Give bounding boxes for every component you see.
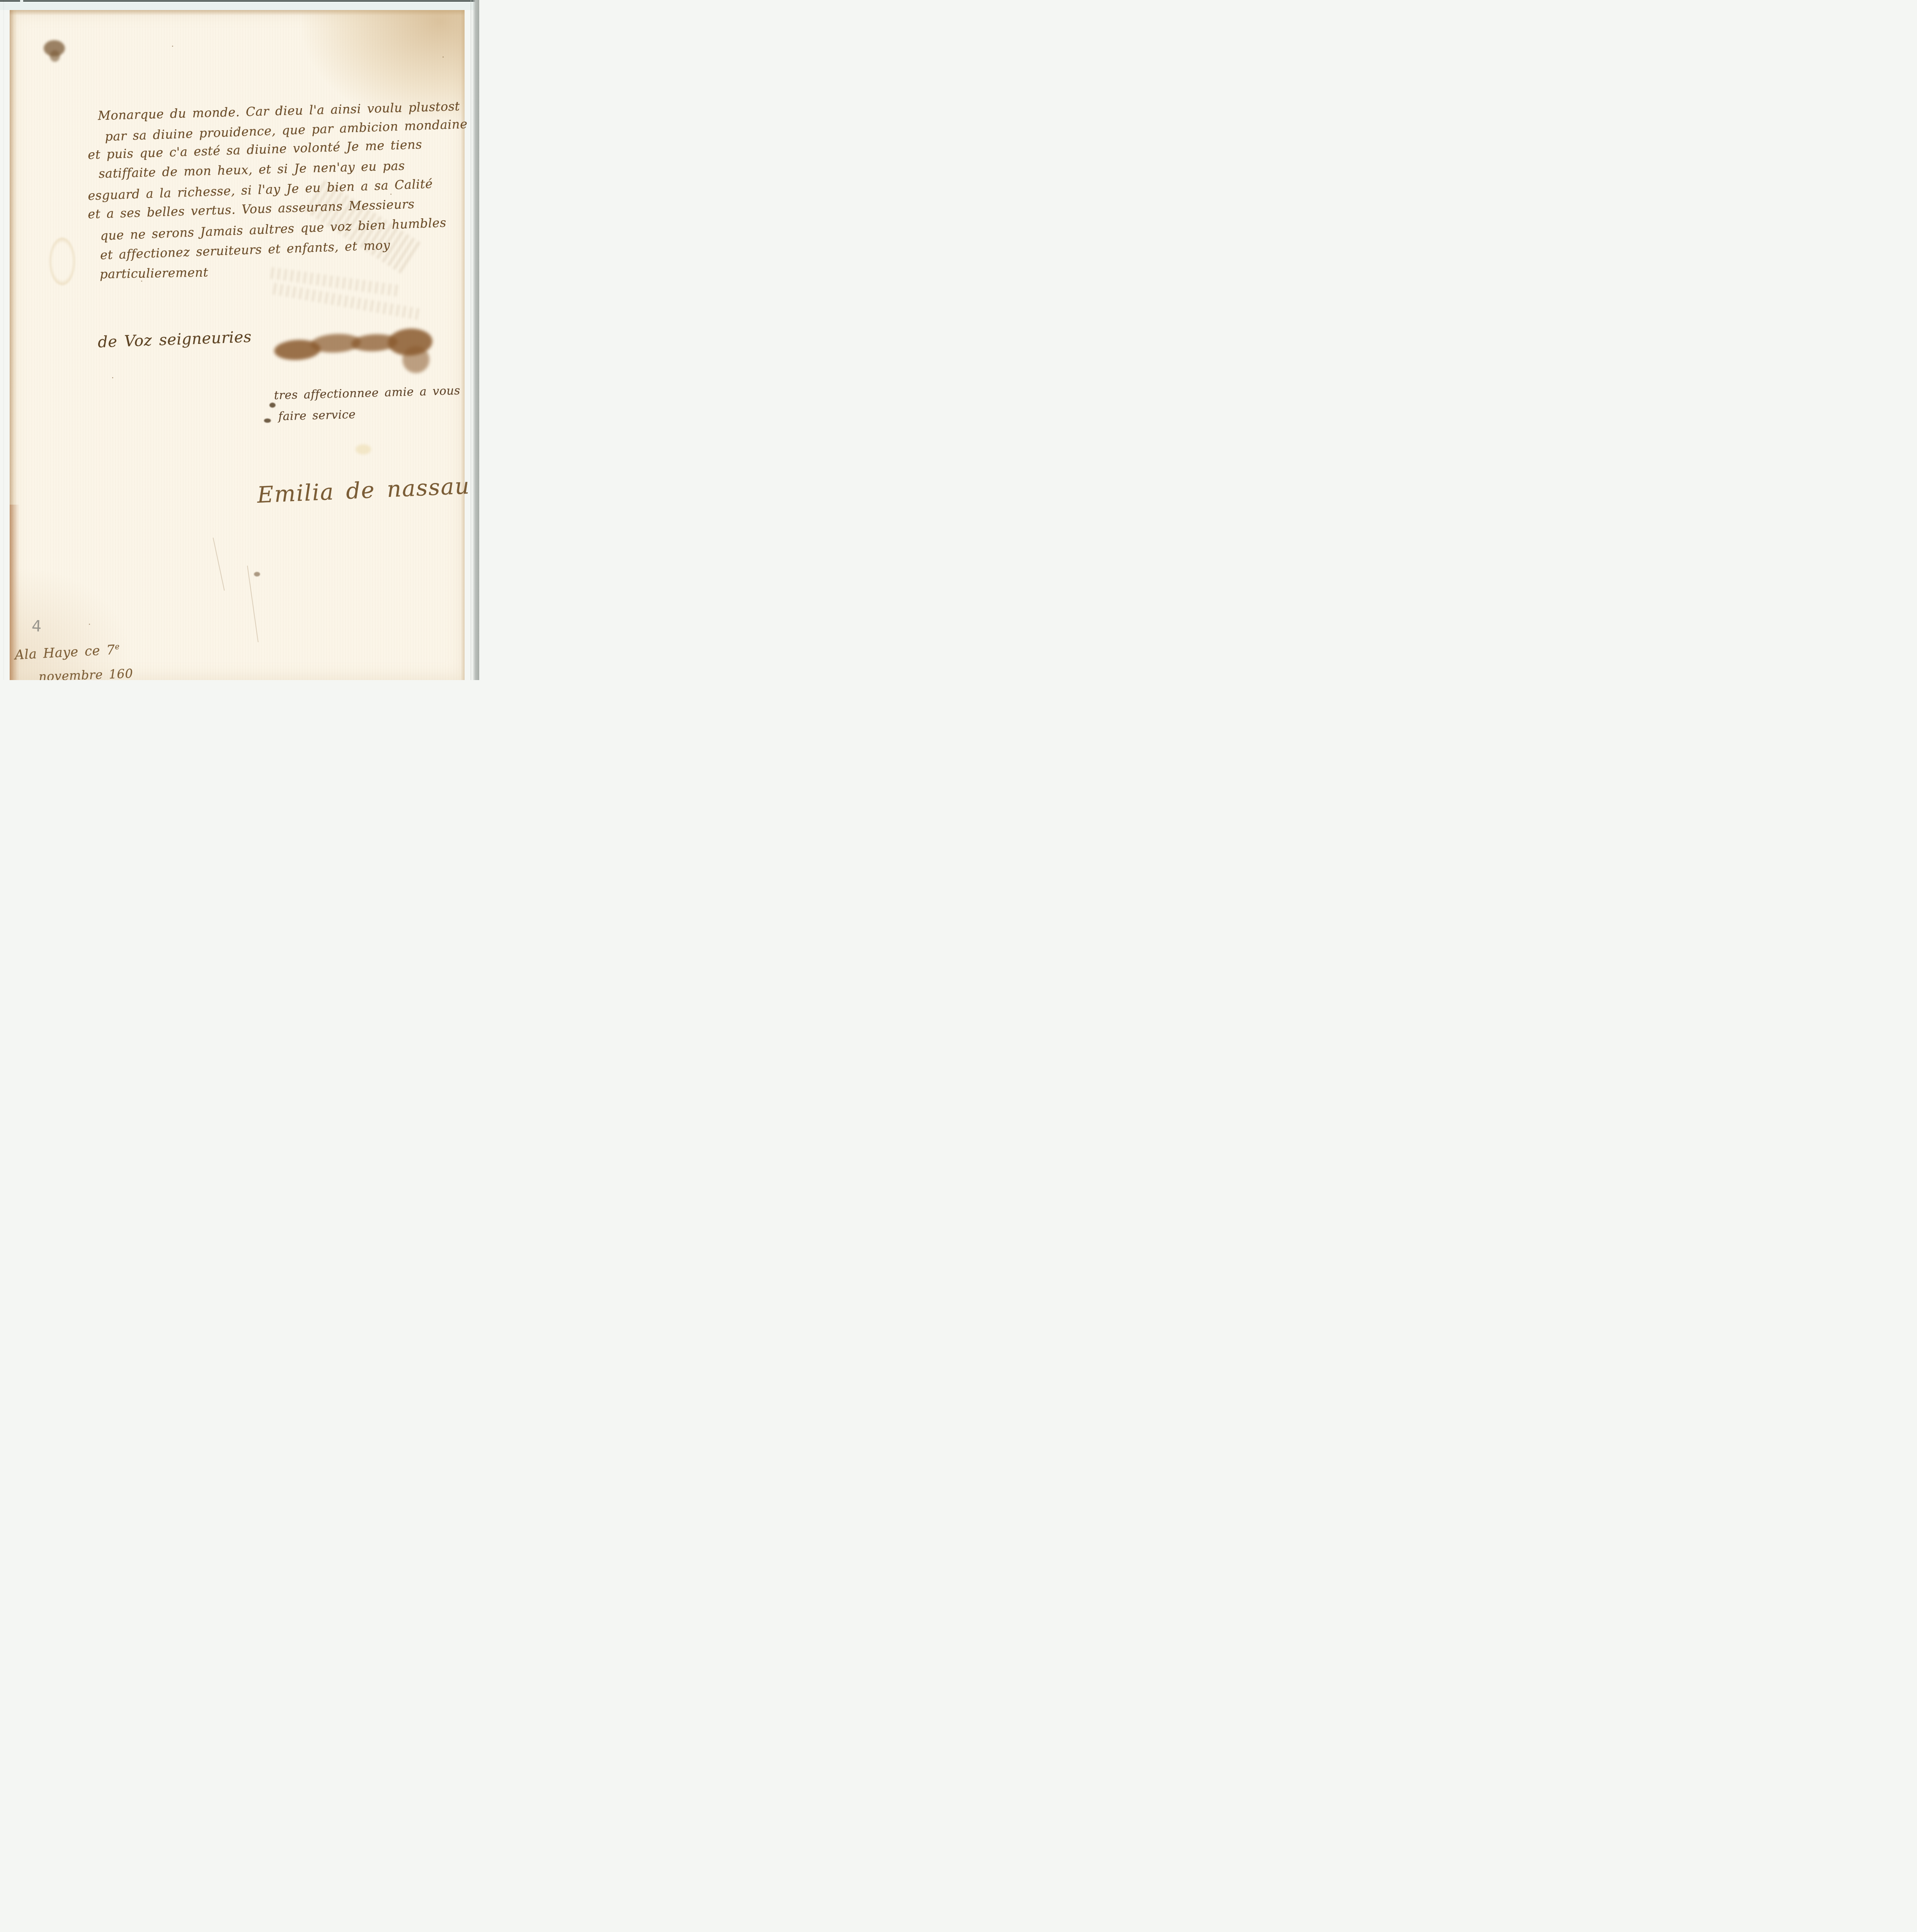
scanner-edge-line — [23, 0, 479, 2]
scanned-letter-page: Monarque du monde. Car dieu l'a ainsi vo… — [0, 0, 479, 680]
letter-line: particulierement — [100, 265, 208, 282]
scanner-right-shadow — [472, 0, 479, 680]
valediction: de Voz seigneuries — [97, 328, 252, 351]
ink-drop — [264, 418, 271, 423]
scanner-right-line — [471, 0, 471, 680]
scanner-left-crease — [3, 0, 4, 680]
letter-line: satiffaite de mon heux, et si Je nen'ay … — [99, 158, 405, 181]
paper-crease — [213, 537, 225, 590]
paper-crease — [247, 566, 259, 642]
closing-line: faire service — [278, 408, 356, 423]
yellow-stain — [356, 444, 371, 454]
letter-paper: Monarque du monde. Car dieu l'a ainsi vo… — [10, 10, 465, 680]
scanner-edge-line — [0, 0, 20, 2]
page-number-pencil: 4 — [31, 617, 42, 636]
small-ink-mark — [254, 572, 260, 577]
place-superscript: e — [114, 642, 120, 651]
ink-blot-smudge — [273, 326, 433, 364]
ink-drop — [269, 403, 276, 408]
signature: Emilia de nassau — [257, 473, 471, 508]
closing-line: tres affectionnee amie a vous — [274, 384, 461, 403]
paper-bottom-left-toning — [10, 566, 133, 680]
top-left-ink-stain-tail — [50, 50, 60, 62]
left-ring-stain — [49, 238, 75, 285]
